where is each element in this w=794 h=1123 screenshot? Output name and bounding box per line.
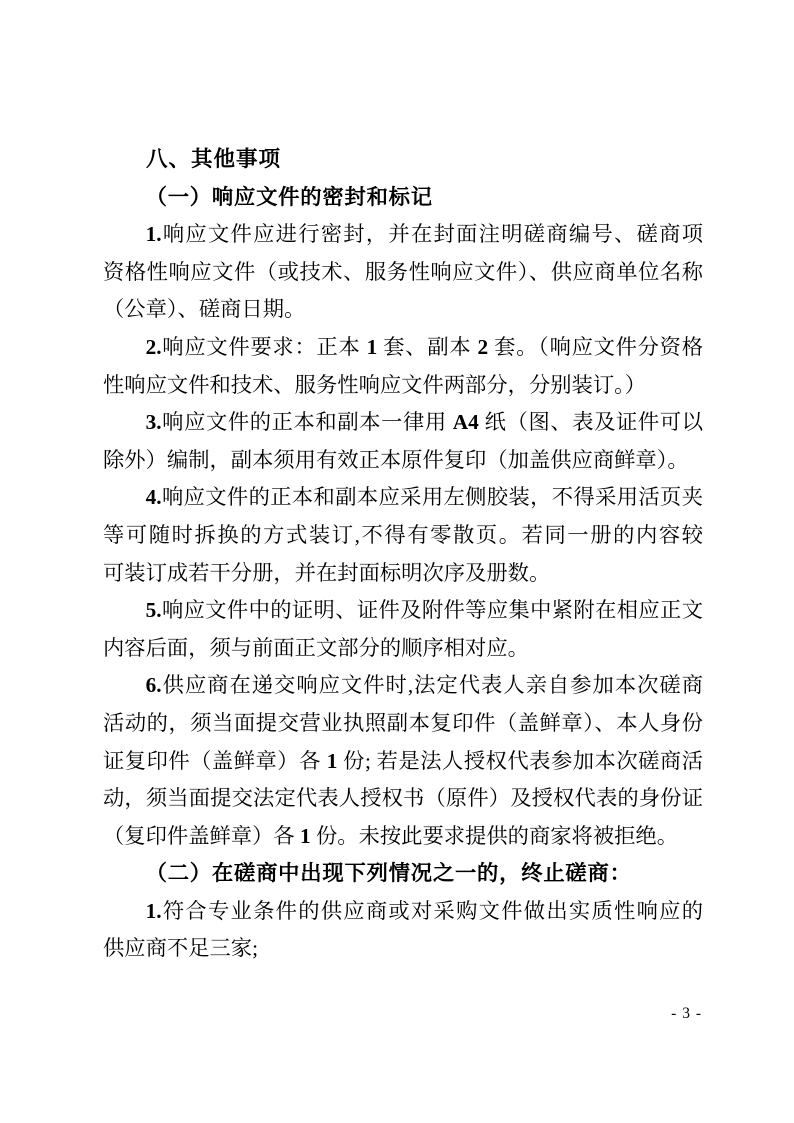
body-line: 证复印件（盖鲜章）各 1 份; 若是法人授权代表参加本次磋商活 — [103, 743, 703, 781]
body-line: 性响应文件和技术、服务性响应文件两部分，分别装订。） — [103, 367, 703, 405]
body-line: 活动的，须当面提交营业执照副本复印件（盖鲜章）、本人身份 — [103, 705, 703, 743]
document-body: 八、其他事项 （一）响应文件的密封和标记 1.响应文件应进行密封，并在封面注明磋… — [103, 141, 703, 968]
subsection-heading: （二）在磋商中出现下列情况之一的，终止磋商： — [103, 855, 703, 893]
body-line: 1.响应文件应进行密封，并在封面注明磋商编号、磋商项目、 — [103, 216, 703, 254]
body-line: 3.响应文件的正本和副本一律用 A4 纸（图、表及证件可以 — [103, 404, 703, 442]
body-line: 6.供应商在递交响应文件时,法定代表人亲自参加本次磋商 — [103, 667, 703, 705]
body-line: （复印件盖鲜章）各 1 份。未按此要求提供的商家将被拒绝。 — [103, 818, 703, 856]
page-number: - 3 - — [0, 1004, 702, 1024]
subsection-heading: （一）响应文件的密封和标记 — [103, 179, 703, 217]
body-line: （公章）、磋商日期。 — [103, 291, 703, 329]
body-line: 动，须当面提交法定代表人授权书（原件）及授权代表的身份证 — [103, 780, 703, 818]
body-line: 可装订成若干分册，并在封面标明次序及册数。 — [103, 555, 703, 593]
body-line: 1.符合专业条件的供应商或对采购文件做出实质性响应的 — [103, 893, 703, 931]
body-line: 除外）编制，副本须用有效正本原件复印（加盖供应商鲜章）。 — [103, 442, 703, 480]
body-line: 资格性响应文件（或技术、服务性响应文件）、供应商单位名称 — [103, 254, 703, 292]
body-line: 4.响应文件的正本和副本应采用左侧胶装，不得采用活页夹 — [103, 479, 703, 517]
body-line: 内容后面，须与前面正文部分的顺序相对应。 — [103, 630, 703, 668]
body-line: 等可随时拆换的方式装订,不得有零散页。若同一册的内容较多， — [103, 517, 703, 555]
document-page: 八、其他事项 （一）响应文件的密封和标记 1.响应文件应进行密封，并在封面注明磋… — [0, 0, 794, 1123]
body-line: 5.响应文件中的证明、证件及附件等应集中紧附在相应正文 — [103, 592, 703, 630]
section-heading: 八、其他事项 — [103, 141, 703, 179]
body-line: 2.响应文件要求：正本 1 套、副本 2 套。（响应文件分资格 — [103, 329, 703, 367]
body-line: 供应商不足三家; — [103, 930, 703, 968]
